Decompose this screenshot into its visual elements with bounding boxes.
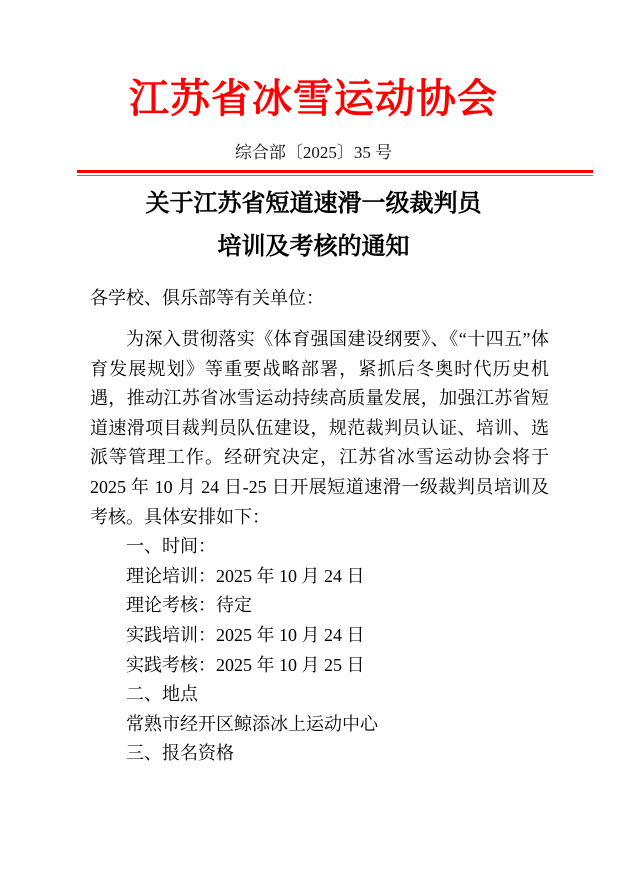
- section-heading-location: 二、地点: [90, 680, 549, 710]
- red-rule-thick-line: [77, 170, 593, 173]
- schedule-line-theory-exam: 理论考核：待定: [90, 591, 549, 621]
- notice-title-line1: 关于江苏省短道速滑一级裁判员: [0, 191, 627, 218]
- document-page: 江苏省冰雪运动协会 综合部〔2025〕35 号 关于江苏省短道速滑一级裁判员 培…: [0, 0, 627, 888]
- addressee-line: 各学校、俱乐部等有关单位：: [90, 287, 549, 309]
- org-title: 江苏省冰雪运动协会: [0, 76, 627, 122]
- red-rule-thin-line: [77, 175, 593, 176]
- schedule-line-practice-training: 实践培训：2025 年 10 月 24 日: [90, 621, 549, 651]
- red-separator-rule: [77, 170, 593, 176]
- notice-title-line2: 培训及考核的通知: [0, 234, 627, 261]
- notice-body: 各学校、俱乐部等有关单位： 为深入贯彻落实《体育强国建设纲要》、《“十四五”体育…: [0, 287, 627, 769]
- intro-paragraph: 为深入贯彻落实《体育强国建设纲要》、《“十四五”体育发展规划》等重要战略部署，紧…: [90, 325, 549, 532]
- section-heading-eligibility: 三、报名资格: [90, 739, 549, 769]
- location-line: 常熟市经开区鲸添冰上运动中心: [90, 710, 549, 740]
- schedule-line-practice-exam: 实践考核：2025 年 10 月 25 日: [90, 651, 549, 681]
- doc-number: 综合部〔2025〕35 号: [0, 144, 627, 162]
- section-heading-time: 一、时间：: [90, 532, 549, 562]
- schedule-line-theory-training: 理论培训：2025 年 10 月 24 日: [90, 562, 549, 592]
